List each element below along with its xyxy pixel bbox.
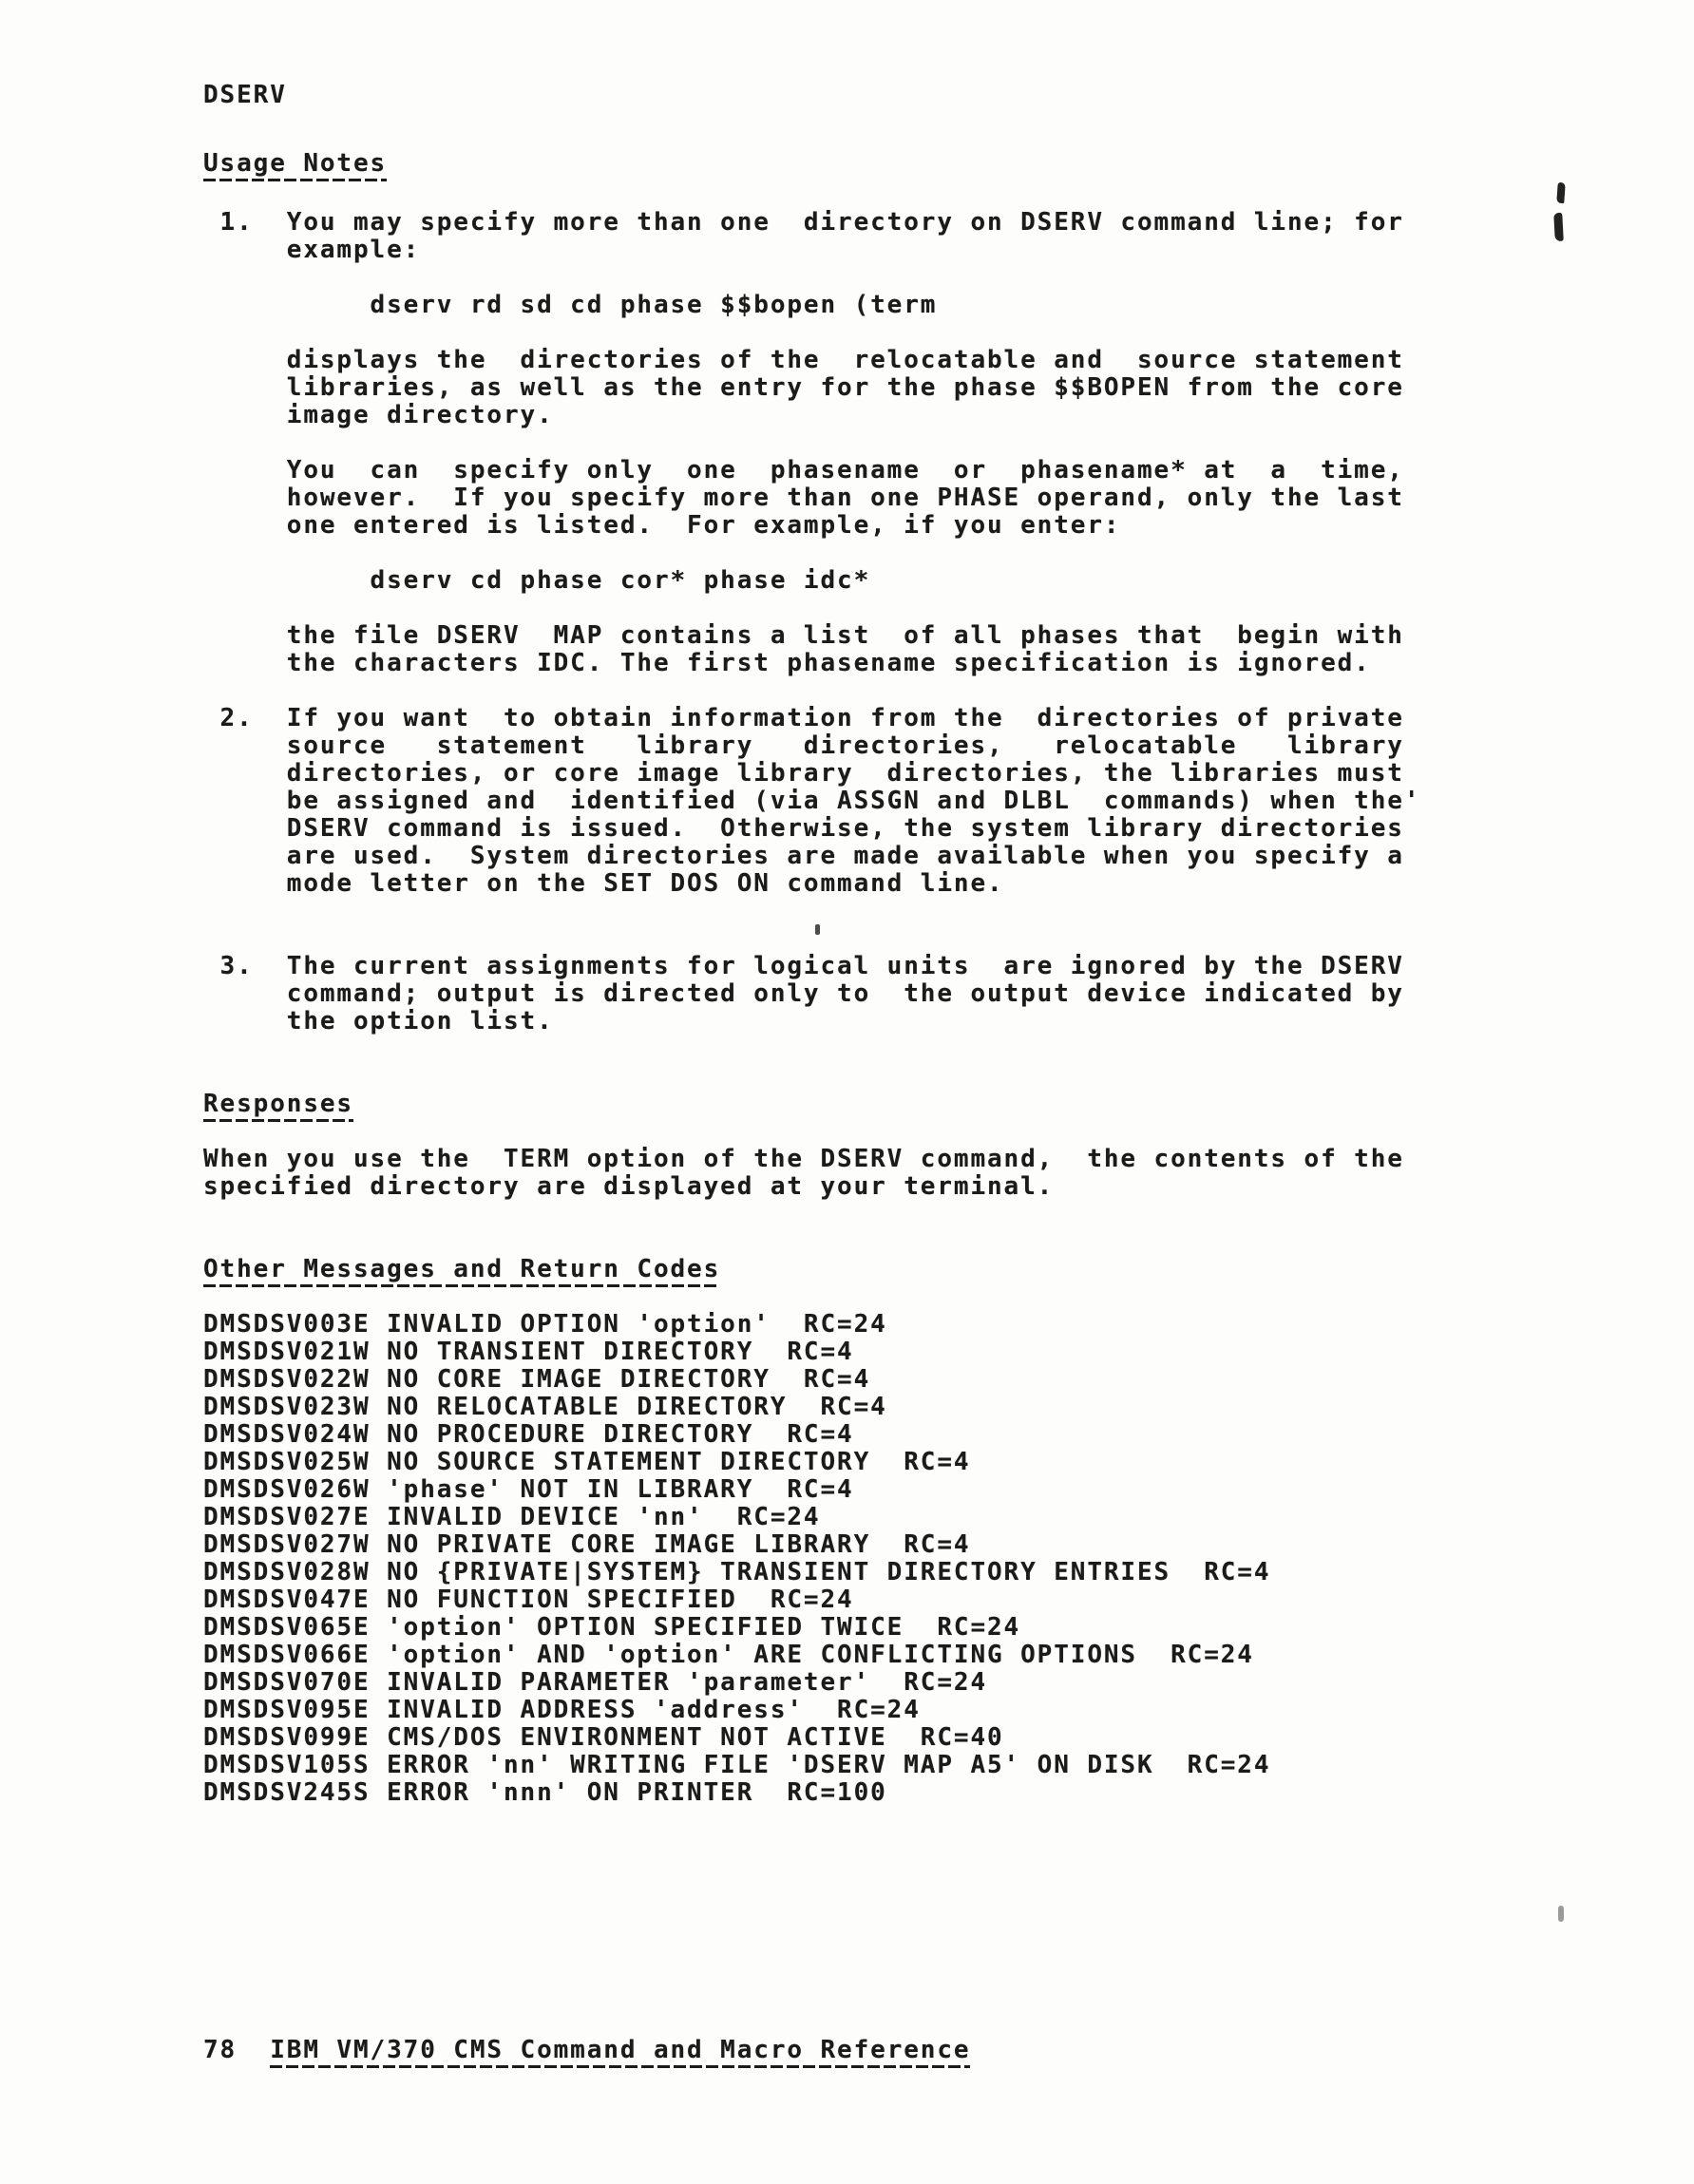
responses-heading: Responses [203,1091,353,1118]
note1-intro: 1. You may specify more than one directo… [203,209,1404,264]
other-messages-heading-text: Other Messages and Return Codes [203,1255,720,1287]
ink-smudge-artifact [815,924,820,935]
footer-separator [237,2036,270,2064]
note3: 3. The current assignments for logical u… [203,953,1404,1035]
other-messages-heading: Other Messages and Return Codes [203,1256,720,1283]
note1-para1: displays the directories of the relocata… [203,347,1404,429]
note1-example-command-2: dserv cd phase cor* phase idc* [203,567,870,595]
messages-and-return-codes-list: DMSDSV003E INVALID OPTION 'option' RC=24… [203,1311,1270,1807]
page-footer: 78 IBM VM/370 CMS Command and Macro Refe… [203,2037,970,2064]
running-header: DSERV [203,82,287,109]
manual-page-scan: DSERV Usage Notes 1. You may specify mor… [0,0,1694,2184]
footer-page-number: 78 [203,2036,237,2064]
responses-heading-text: Responses [203,1090,353,1122]
usage-notes-heading: Usage Notes [203,150,387,178]
usage-notes-heading-text: Usage Notes [203,149,387,181]
note2: 2. If you want to obtain information fro… [203,705,1420,898]
responses-paragraph: When you use the TERM option of the DSER… [203,1146,1404,1201]
note1-example-command-1: dserv rd sd cd phase $$bopen (term [203,292,937,319]
ink-smudge-artifact [1556,182,1566,204]
ink-smudge-artifact [1558,1906,1564,1922]
ink-smudge-artifact [1553,213,1564,241]
footer-book-title: IBM VM/370 CMS Command and Macro Referen… [270,2036,970,2068]
note1-para2: You can specify only one phasename or ph… [203,457,1404,540]
note1-para3: the file DSERV MAP contains a list of al… [203,622,1404,677]
